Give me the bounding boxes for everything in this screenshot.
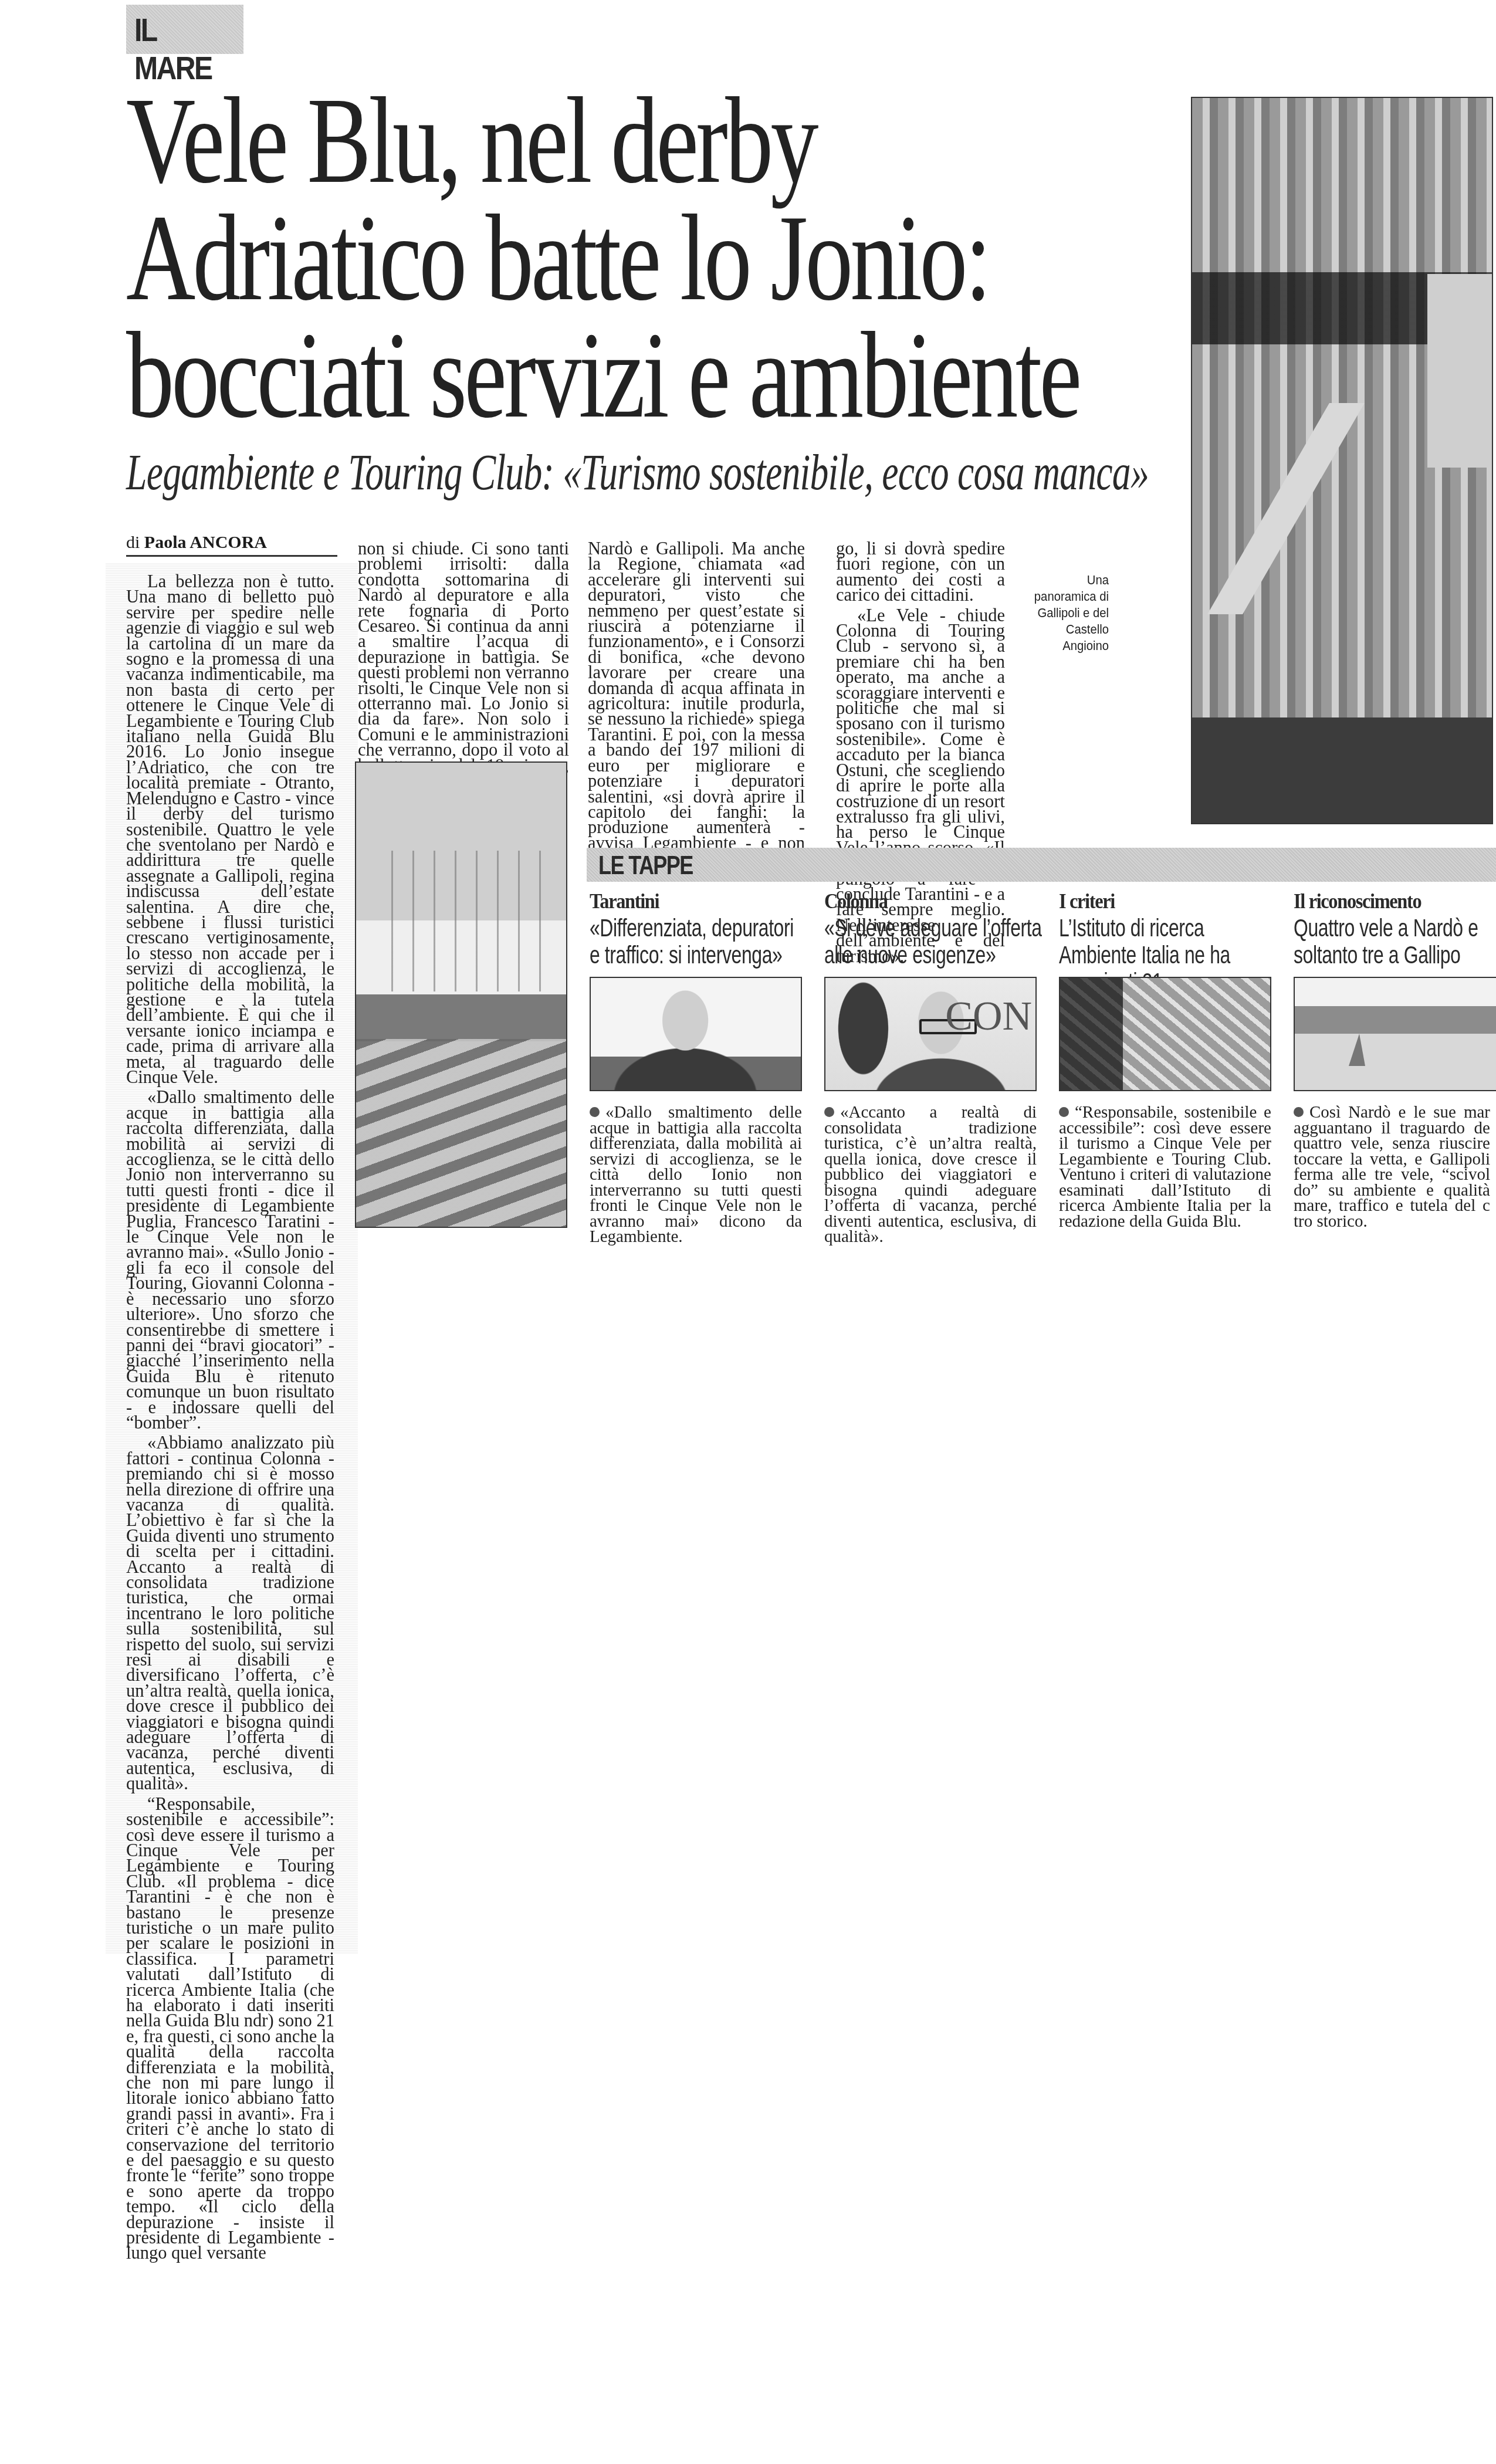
tappa-body-text: Così Nardò e le sue mar agguantano il tr… [1294, 1103, 1490, 1231]
bullet-icon [1294, 1107, 1304, 1117]
bullet-icon [590, 1107, 600, 1117]
aerial-photo [1059, 977, 1271, 1091]
paragraph: go, li si dovrà spedire fuori regione, c… [836, 541, 1005, 603]
tappa-colonna: Colonna «Si deve adeguare l’offerta alle… [824, 889, 1041, 969]
masts-shape [391, 851, 544, 991]
bullet-icon [824, 1107, 834, 1117]
paragraph: «Abbiamo analizzato più fattori - contin… [126, 1435, 334, 1791]
tappa-body: Così Nardò e le sue mar agguantano il tr… [1294, 1105, 1490, 1229]
tappa-title: Il riconoscimento [1294, 889, 1476, 913]
coast-photo [1294, 977, 1496, 1091]
paragraph: «Dallo smaltimento delle acque in battig… [126, 1089, 334, 1430]
tappa-criteri: I criteri L’Istituto di ricerca Ambiente… [1059, 889, 1276, 996]
headline-line-2: Adriatico batte lo Jonio: [126, 199, 950, 317]
photo-background-text: CON [945, 993, 1032, 1040]
paragraph: La bellezza non è tutto. Una mano di bel… [126, 574, 334, 1085]
harbor-photo [355, 761, 567, 1228]
paragraph: “Responsabile, sostenibile e accessibile… [126, 1796, 334, 2261]
castle-wall-shape [1427, 274, 1492, 468]
tappa-quote: «Si deve adeguare l’offerta alle nuove e… [824, 915, 1043, 969]
tappa-body-text: “Responsabile, sostenibile e accessibile… [1059, 1103, 1271, 1231]
sailboat-shape [1349, 1034, 1365, 1066]
paragraph: Nardò e Gallipoli. Ma anche la Regione, … [588, 541, 805, 882]
portrait-photo: CON [824, 977, 1037, 1091]
byline-prefix: di [126, 533, 140, 552]
article-column-1: La bellezza non è tutto. Una mano di bel… [126, 574, 334, 2266]
byline: di Paola ANCORA [126, 533, 337, 557]
tappe-header: LE TAPPE [587, 848, 1496, 882]
main-photo [1191, 97, 1493, 824]
tappa-quote: Quattro vele a Nardò e soltanto tre a Ga… [1294, 915, 1496, 969]
headline-line-3: bocciati servizi e ambiente [126, 317, 950, 434]
portrait-photo [590, 977, 802, 1091]
photo-caption: Una panoramica di Gallipoli e del Castel… [1023, 572, 1109, 654]
tappa-title: Colonna [824, 889, 1020, 913]
subtitle: Legambiente e Touring Club: «Turismo sos… [126, 443, 1149, 502]
tappa-body-text: «Accanto a realtà di consolidata tradizi… [824, 1103, 1037, 1246]
tappa-title: I criteri [1059, 889, 1254, 913]
tappa-body: «Dallo smaltimento delle acque in battig… [590, 1105, 802, 1245]
tappa-quote: «Differenziata, depuratori e traffico: s… [590, 915, 808, 969]
headline: Vele Blu, nel derby Adriatico batte lo J… [126, 82, 1182, 434]
water-shape [1192, 717, 1492, 823]
pier-shape [1207, 403, 1365, 614]
headline-line-1: Vele Blu, nel derby [126, 82, 950, 199]
tappa-tarantini: Tarantini «Differenziata, depuratori e t… [590, 889, 807, 969]
tappa-body: “Responsabile, sostenibile e accessibile… [1059, 1105, 1271, 1229]
tappe-label: LE TAPPE [598, 851, 693, 881]
section-label: IL MARE [126, 5, 243, 54]
byline-author: Paola ANCORA [144, 533, 267, 552]
bullet-icon [1059, 1107, 1069, 1117]
quay-shape [356, 1039, 566, 1227]
paragraph: non si chiude. Ci sono tanti problemi ir… [358, 541, 569, 789]
article-column-2: non si chiude. Ci sono tanti problemi ir… [358, 541, 569, 794]
article-column-3: Nardò e Gallipoli. Ma anche la Regione, … [588, 541, 805, 886]
tappa-title: Tarantini [590, 889, 785, 913]
tappa-riconoscimento: Il riconoscimento Quattro vele a Nardò e… [1294, 889, 1496, 1253]
tappa-body-text: «Dallo smaltimento delle acque in battig… [590, 1103, 802, 1246]
tappa-body: «Accanto a realtà di consolidata tradizi… [824, 1105, 1037, 1245]
